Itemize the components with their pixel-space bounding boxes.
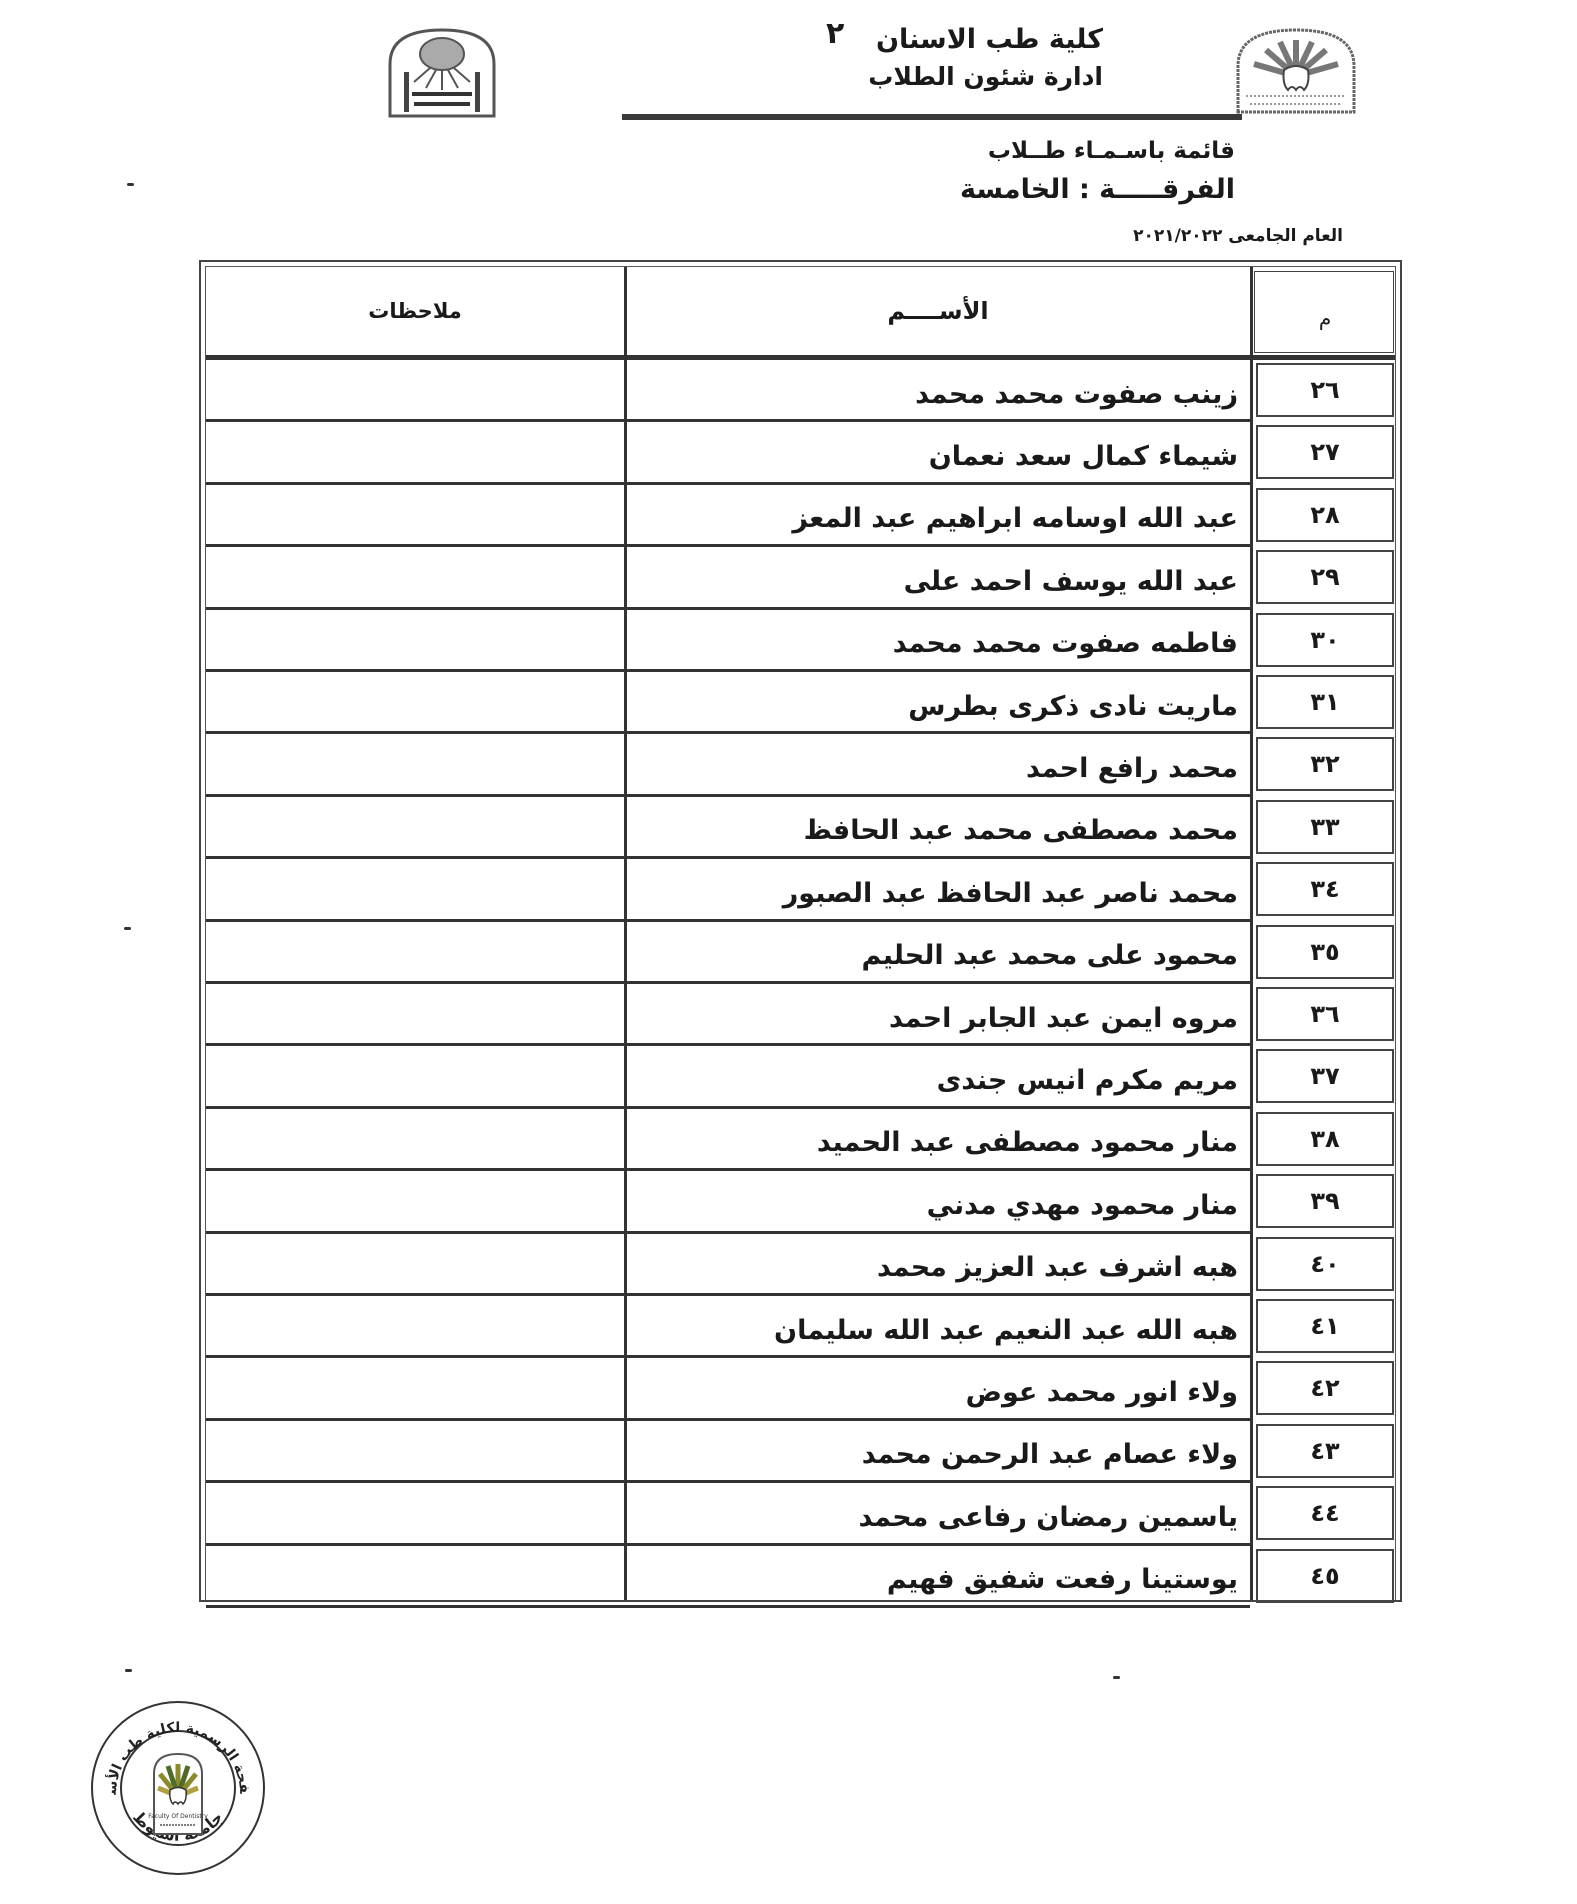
row-number: ٣٦ <box>1256 987 1394 1041</box>
row-number: ٢٩ <box>1256 550 1394 604</box>
table-row: محمد رافع احمد ٣٢ <box>206 734 1395 796</box>
table-row: ولاء انور محمد عوض ٤٢ <box>206 1358 1395 1420</box>
remarks-cell <box>206 672 624 732</box>
scan-mark <box>127 183 134 186</box>
student-name: منار محمود مهدي مدني <box>626 1171 1238 1233</box>
remarks-cell <box>206 360 624 420</box>
student-name: شيماء كمال سعد نعمان <box>626 422 1238 484</box>
row-number: ٣٤ <box>1256 862 1394 916</box>
row-number: ٤١ <box>1256 1299 1394 1353</box>
page-number: ٢ <box>826 16 844 51</box>
remarks-cell <box>206 1546 624 1606</box>
remarks-cell <box>206 1171 624 1231</box>
row-number: ٢٧ <box>1256 425 1394 479</box>
table-row: عبد الله يوسف احمد على ٢٩ <box>206 547 1395 609</box>
table-header: ملاحظات الأســــم م <box>206 267 1395 360</box>
college-name: كلية طب الاسنان <box>876 24 1103 55</box>
row-number: ٣٧ <box>1256 1049 1394 1103</box>
scan-mark <box>125 1669 132 1672</box>
student-name: يوستينا رفعت شفيق فهيم <box>626 1546 1238 1608</box>
row-number: ٣٣ <box>1256 800 1394 854</box>
table-row: زينب صفوت محمد محمد ٢٦ <box>206 360 1395 422</box>
table-row: محمد ناصر عبد الحافظ عبد الصبور ٣٤ <box>206 859 1395 921</box>
remarks-cell <box>206 1234 624 1294</box>
scan-mark <box>124 927 131 930</box>
table-row: ولاء عصام عبد الرحمن محمد ٤٣ <box>206 1421 1395 1483</box>
stamp-logo-caption: Faculty Of Dentistry <box>148 1813 208 1820</box>
table-row: مريم مكرم انيس جندى ٣٧ <box>206 1046 1395 1108</box>
row-number: ٢٨ <box>1256 488 1394 542</box>
student-name: زينب صفوت محمد محمد <box>626 360 1238 422</box>
table-row: عبد الله اوسامه ابراهيم عبد المعز ٢٨ <box>206 485 1395 547</box>
table-row: ماريت نادى ذكرى بطرس ٣١ <box>206 672 1395 734</box>
student-name: عبد الله اوسامه ابراهيم عبد المعز <box>626 485 1238 547</box>
header-rule <box>622 114 1242 120</box>
row-number: ٣١ <box>1256 675 1394 729</box>
remarks-cell <box>206 859 624 919</box>
row-number: ٤٠ <box>1256 1237 1394 1291</box>
student-name: محمود على محمد عبد الحليم <box>626 922 1238 984</box>
student-name: هبه اشرف عبد العزيز محمد <box>626 1234 1238 1296</box>
table-row: ياسمين رمضان رفاعى محمد ٤٤ <box>206 1483 1395 1545</box>
remarks-cell <box>206 422 624 482</box>
remarks-cell <box>206 1421 624 1481</box>
table-row: فاطمه صفوت محمد محمد ٣٠ <box>206 610 1395 672</box>
student-name: ولاء عصام عبد الرحمن محمد <box>626 1421 1238 1483</box>
remarks-cell <box>206 547 624 607</box>
student-name: هبه الله عبد النعيم عبد الله سليمان <box>626 1296 1238 1358</box>
dentistry-logo-icon: Faculty Of Dentistry <box>148 1754 208 1834</box>
table-row: محمود على محمد عبد الحليم ٣٥ <box>206 922 1395 984</box>
row-number: ٣٠ <box>1256 613 1394 667</box>
table-row: منار محمود مهدي مدني ٣٩ <box>206 1171 1395 1233</box>
students-table: ملاحظات الأســــم م زينب صفوت محمد محمد … <box>199 260 1402 1602</box>
row-number: ٣٢ <box>1256 737 1394 791</box>
remarks-cell <box>206 797 624 857</box>
remarks-cell <box>206 610 624 670</box>
remarks-cell <box>206 984 624 1044</box>
class-label: الفرقـــــة : الخامسة <box>960 174 1235 205</box>
student-name: ولاء انور محمد عوض <box>626 1358 1238 1420</box>
table-row: مروه ايمن عبد الجابر احمد ٣٦ <box>206 984 1395 1046</box>
faculty-of-dentistry-logo <box>1232 26 1360 114</box>
student-name: مروه ايمن عبد الجابر احمد <box>626 984 1238 1046</box>
row-number: ٢٦ <box>1256 363 1394 417</box>
remarks-cell <box>206 485 624 545</box>
row-number: ٤٤ <box>1256 1486 1394 1540</box>
student-name: محمد ناصر عبد الحافظ عبد الصبور <box>626 859 1238 921</box>
table-row: يوستينا رفعت شفيق فهيم ٤٥ <box>206 1546 1395 1608</box>
scan-mark <box>1113 1676 1120 1679</box>
student-name: مريم مكرم انيس جندى <box>626 1046 1238 1108</box>
student-name: ياسمين رمضان رفاعى محمد <box>626 1483 1238 1545</box>
academic-year: العام الجامعى ٢٠٢١/٢٠٢٢ <box>1133 226 1343 246</box>
table-row: هبه اشرف عبد العزيز محمد ٤٠ <box>206 1234 1395 1296</box>
remarks-cell <box>206 1046 624 1106</box>
row-number: ٣٥ <box>1256 925 1394 979</box>
table-row: هبه الله عبد النعيم عبد الله سليمان ٤١ <box>206 1296 1395 1358</box>
row-number: ٤٥ <box>1256 1549 1394 1603</box>
row-divider <box>206 1605 1250 1608</box>
student-name: ماريت نادى ذكرى بطرس <box>626 672 1238 734</box>
student-name: عبد الله يوسف احمد على <box>626 547 1238 609</box>
remarks-cell <box>206 1483 624 1543</box>
row-number: ٤٣ <box>1256 1424 1394 1478</box>
remarks-cell <box>206 734 624 794</box>
header-name: الأســــم <box>626 267 1250 355</box>
student-name: فاطمه صفوت محمد محمد <box>626 610 1238 672</box>
student-name: منار محمود مصطفى عبد الحميد <box>626 1109 1238 1171</box>
table-row: محمد مصطفى محمد عبد الحافظ ٣٣ <box>206 797 1395 859</box>
row-number: ٤٢ <box>1256 1361 1394 1415</box>
student-name: محمد مصطفى محمد عبد الحافظ <box>626 797 1238 859</box>
assiut-university-logo <box>386 28 498 118</box>
row-number: ٣٩ <box>1256 1174 1394 1228</box>
department-name: ادارة شئون الطلاب <box>868 62 1103 91</box>
header-number: م <box>1252 267 1398 355</box>
remarks-cell <box>206 1358 624 1418</box>
remarks-cell <box>206 922 624 982</box>
remarks-cell <box>206 1296 624 1356</box>
student-name: محمد رافع احمد <box>626 734 1238 796</box>
list-title: قائمة باسـمـاء طــلاب <box>988 138 1235 164</box>
remarks-cell <box>206 1109 624 1169</box>
row-number: ٣٨ <box>1256 1112 1394 1166</box>
table-row: منار محمود مصطفى عبد الحميد ٣٨ <box>206 1109 1395 1171</box>
table-row: شيماء كمال سعد نعمان ٢٧ <box>206 422 1395 484</box>
header-remarks: ملاحظات <box>206 267 624 355</box>
official-stamp: الصفحة الرسمية لكلية طب الأسنان جامعة أس… <box>88 1698 268 1878</box>
